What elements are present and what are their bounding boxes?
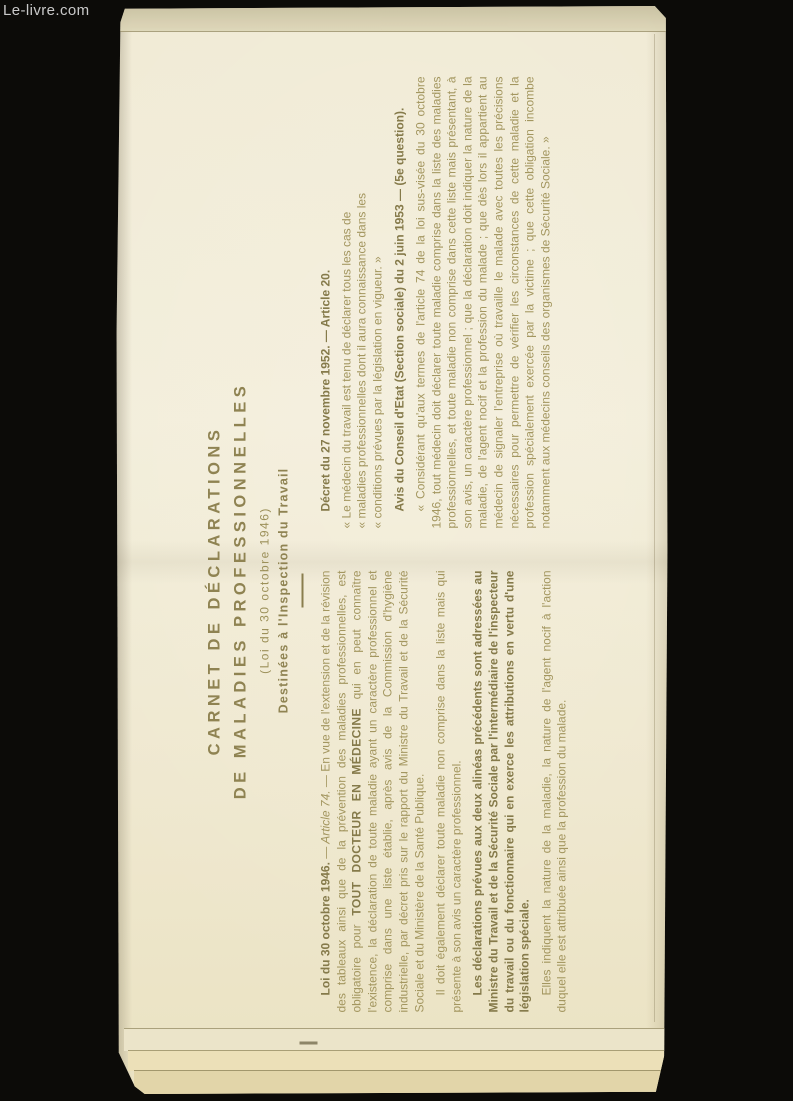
title-line-1: CARNET DE DÉCLARATIONS xyxy=(206,201,225,981)
title-divider-rule xyxy=(302,574,304,608)
column-loi-1946: Loi du 30 octobre 1946. — Article 74. — … xyxy=(319,571,577,1013)
paragraph-declaration-hors-liste: Il doit également déclarer toute maladie… xyxy=(434,571,465,1013)
title-line-3: (Loi du 30 octobre 1946) xyxy=(258,201,272,981)
tout-docteur-emphasis: TOUT DOCTEUR EN MÉDECINE xyxy=(350,708,364,916)
paragraph-nature-maladie: Elles indiquent la nature de la maladie,… xyxy=(539,571,570,1013)
heading-avis-conseil-etat: Avis du Conseil d'Etat (Section sociale)… xyxy=(393,77,409,529)
page-content: CARNET DE DÉCLARATIONS DE MALADIES PROFE… xyxy=(120,25,577,1075)
photo-background: Le-livre.com CARNET DE DÉCLARATIONS DE M… xyxy=(0,0,793,1101)
loi-lead: Loi du 30 octobre 1946. xyxy=(319,859,333,996)
body-columns: Loi du 30 octobre 1946. — Article 74. — … xyxy=(319,65,577,1013)
paragraph-article-74: Loi du 30 octobre 1946. — Article 74. — … xyxy=(319,571,428,1013)
paper-crease-mark xyxy=(300,1042,318,1045)
rotated-printed-page: CARNET DE DÉCLARATIONS DE MALADIES PROFE… xyxy=(120,25,665,1075)
title-line-4: Destinées à l'Inspection du Travail xyxy=(277,201,291,981)
title-block: CARNET DE DÉCLARATIONS DE MALADIES PROFE… xyxy=(206,201,291,981)
heading-decret-1952: Décret du 27 novembre 1952. — Article 20… xyxy=(319,77,335,529)
title-line-2: DE MALADIES PROFESSIONNELLES xyxy=(232,201,251,981)
article-ref: — Article 74. — xyxy=(319,772,333,859)
column-decret-1952: Décret du 27 novembre 1952. — Article 20… xyxy=(319,77,577,529)
booklet-cover-paper: CARNET DE DÉCLARATIONS DE MALADIES PROFE… xyxy=(116,6,668,1094)
paragraph-declarations-adressees: Les déclarations prévues aux deux alinéa… xyxy=(471,571,533,1013)
paragraph-considerant: « Considérant qu'aux termes de l'article… xyxy=(413,77,553,529)
quote-medecin-du-travail: « Le médecin du travail est tenu de décl… xyxy=(339,77,386,529)
watermark-site-label: Le-livre.com xyxy=(3,2,90,19)
